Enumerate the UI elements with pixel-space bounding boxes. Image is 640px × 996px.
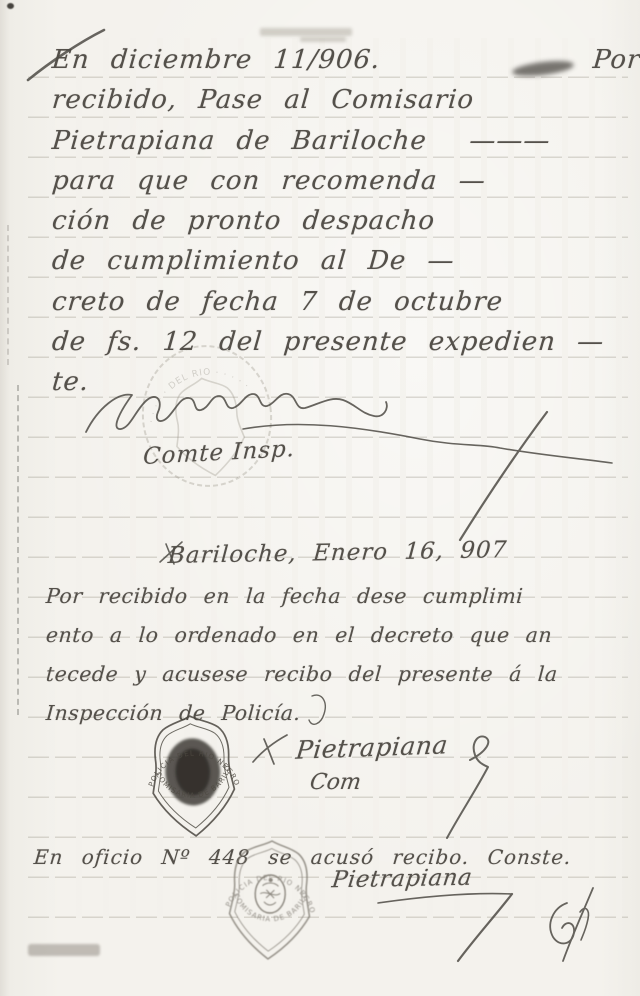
receipt-note: Por recibido en la fecha dese cumplimi e… (46, 577, 558, 733)
manuscript-line: de cumplimiento al De — (50, 241, 640, 281)
pencil-smudge (28, 944, 100, 956)
margin-rule (17, 385, 19, 715)
manuscript-line: ento a lo ordenado en el decreto que an (45, 616, 559, 655)
manuscript-line: En diciembre 11/906. Por (50, 40, 640, 80)
comisario-signature-name: Pietrapiana (295, 730, 450, 764)
manuscript-line: Por recibido en la fecha dese cumplimi (45, 577, 559, 616)
manuscript-line: creto de fecha 7 de octubre (50, 282, 640, 322)
manuscript-line: de fs. 12 del presente expedien — (50, 322, 640, 362)
manuscript-line: ción de pronto despacho (50, 201, 640, 241)
manuscript-line: Pietrapiana de Bariloche ——— (50, 121, 640, 161)
margin-rule (7, 225, 9, 365)
decree-note: En diciembre 11/906. Por recibido, Pase … (52, 40, 640, 403)
manuscript-line: para que con recomenda — (50, 161, 640, 201)
corner-ink-dot (7, 3, 14, 9)
manuscript-page: En diciembre 11/906. Por recibido, Pase … (0, 0, 640, 996)
police-badge-stamp-light: POLICIA DEL RIO NEGRO COMISARIA DE BARIL… (212, 836, 328, 964)
bleedthrough-mark (260, 28, 352, 36)
manuscript-line: te. (50, 362, 640, 402)
badge-emblem-detail (260, 883, 281, 906)
comisario-signature-title: Com (308, 770, 362, 795)
closing-signature-name: Pietrapiana (330, 865, 473, 894)
manuscript-line: Inspección de Policía. (45, 694, 559, 733)
police-badge-stamp: POLICIA DEL RIO NEGRO COMISARIA DE BARIL… (138, 710, 248, 841)
manuscript-line: recibido, Pase al Comisario (50, 80, 640, 120)
manuscript-line: tecede y acusese recibo del presente á l… (45, 655, 559, 694)
